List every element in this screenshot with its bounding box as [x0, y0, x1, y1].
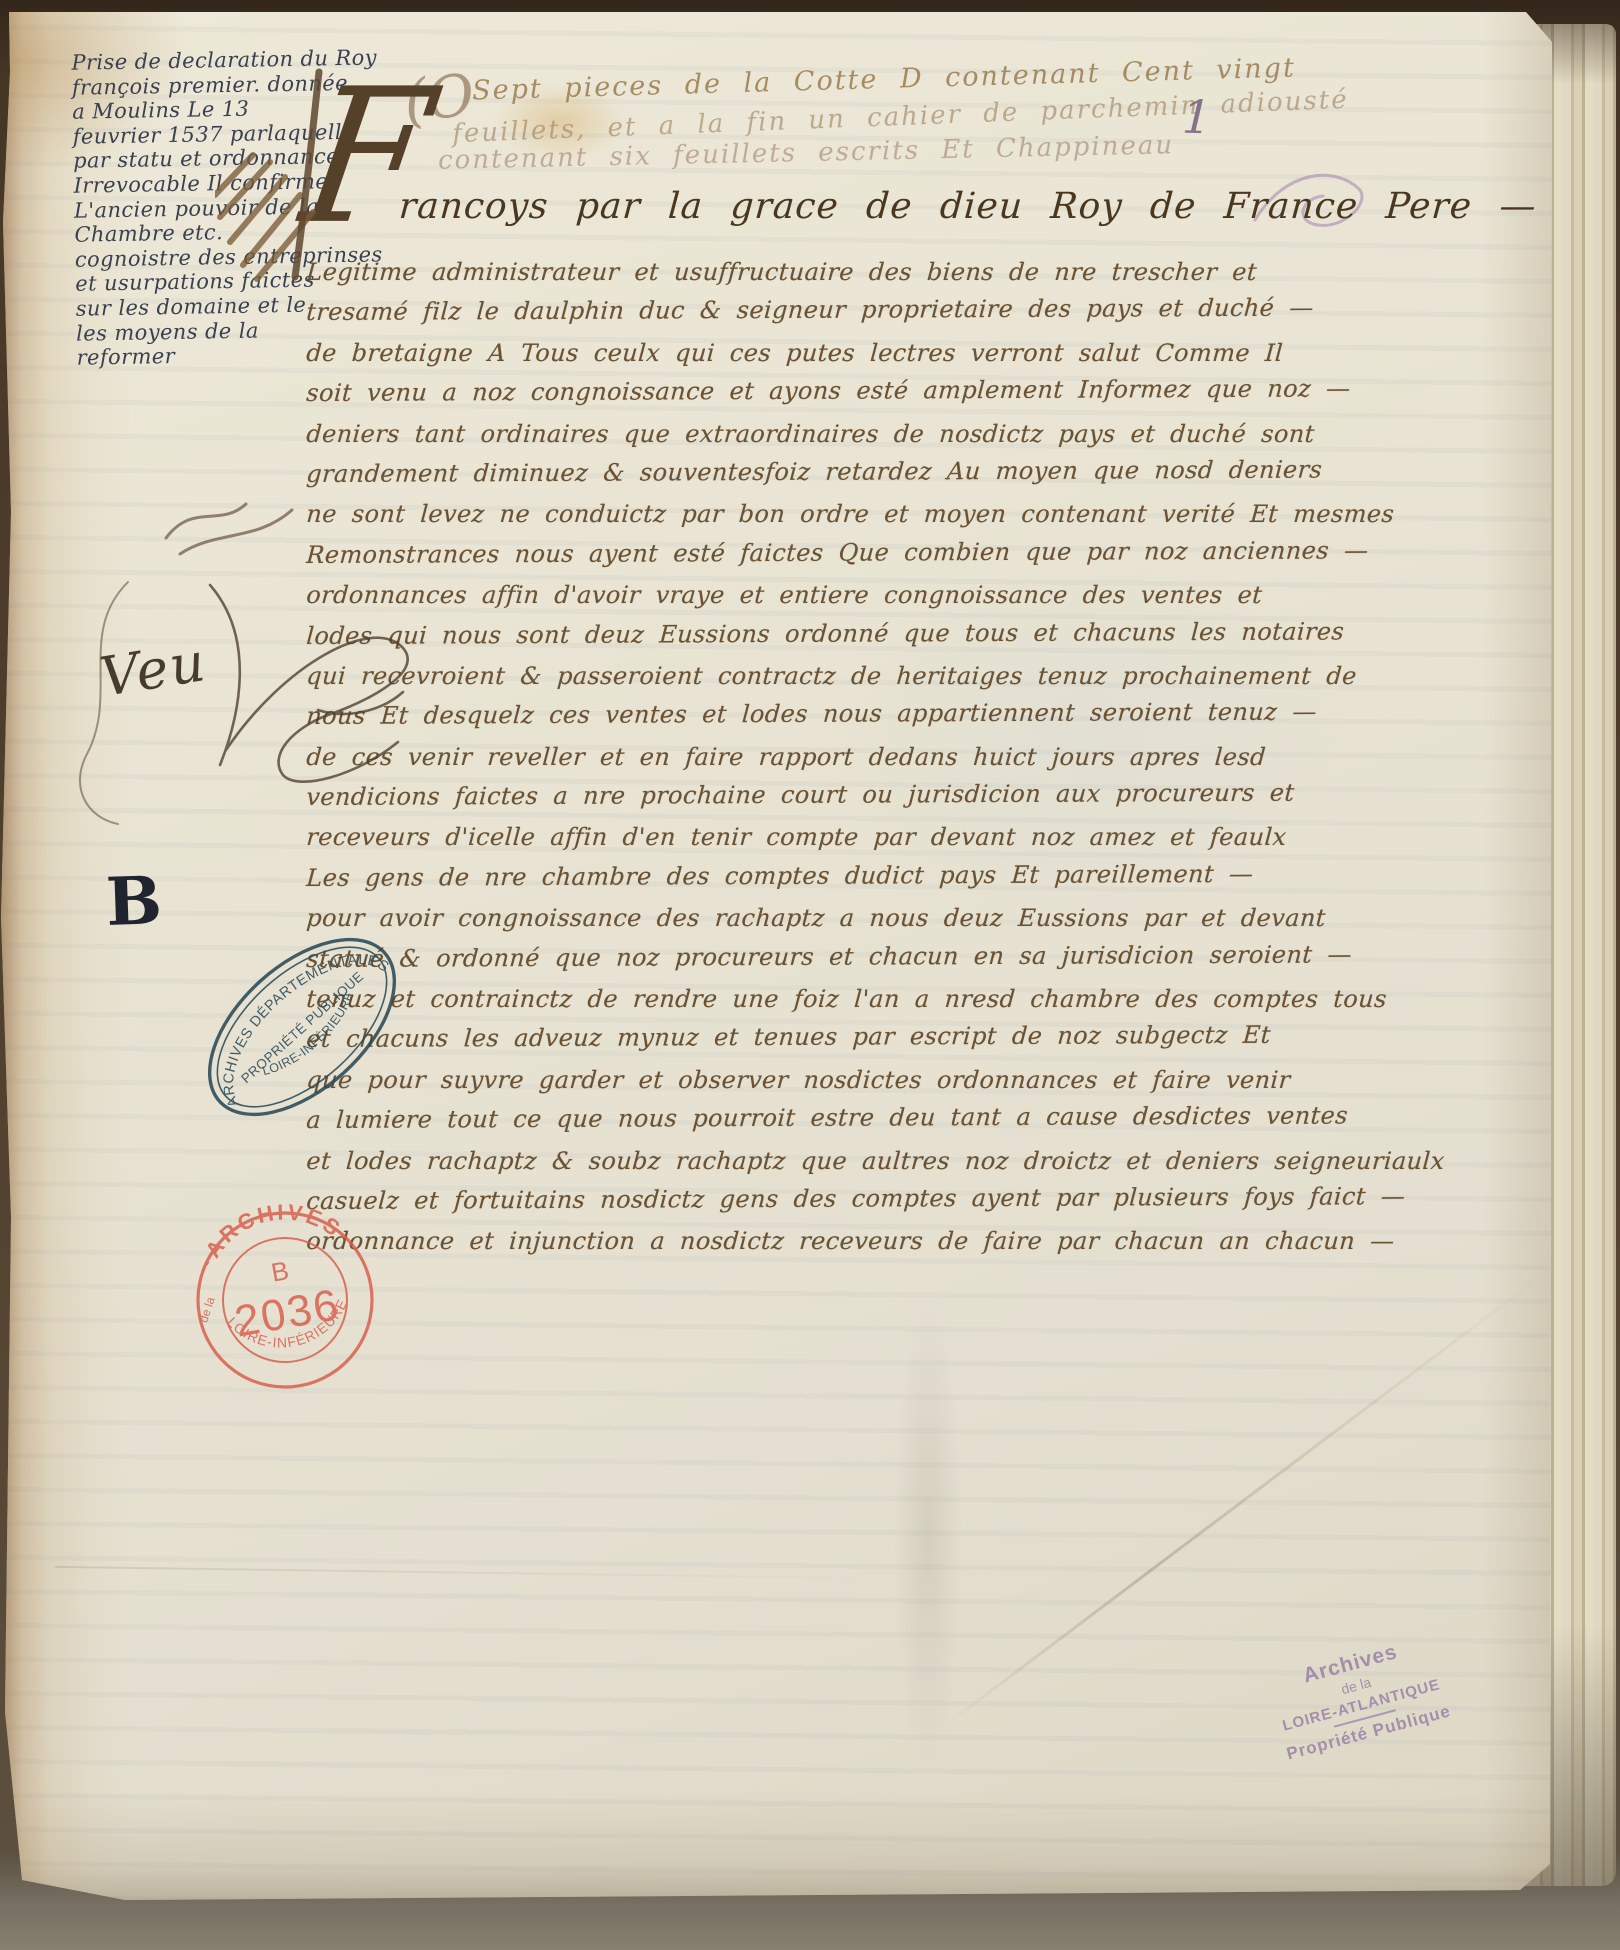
charter-line: ne sont levez ne conduictz par bon ordre… [305, 500, 1320, 540]
round-stamp-cote-number: 2036 [231, 1280, 344, 1347]
charter-line: lodes qui nous sont deuz Eussions ordonn… [305, 617, 1320, 662]
charter-line: a lumiere tout ce que nous pourroit estr… [305, 1102, 1320, 1147]
charter-line: casuelz et fortuitains nosdictz gens des… [305, 1183, 1320, 1228]
charter-line: que pour suyvre garder et observer nosdi… [305, 1066, 1320, 1106]
charter-line: statué & ordonné que noz procureurs et c… [305, 940, 1320, 985]
charter-line: qui recevroient & passeroient contractz … [305, 662, 1320, 702]
charter-line: vendicions faictes a nre prochaine court… [305, 779, 1320, 824]
charter-line: Remonstrances nous ayent esté faictes Qu… [305, 536, 1320, 581]
archives-round-stamp: ·ARCHIVES· LOIRE-INFÉRIEURE de la B 2036 [174, 1187, 395, 1413]
charter-line: tresamé filz le daulphin duc & seigneur … [305, 294, 1320, 339]
manuscript-photo: { "page_number": "1", "header_note": { "… [0, 0, 1620, 1950]
charter-first-line: rancoys par la grace de dieu Roy de Fran… [303, 186, 1320, 258]
charter-line: soit venu a noz congnoissance et ayons e… [305, 375, 1320, 420]
parchment-page: (O Sept pieces de la Cotte D contenant C… [0, 12, 1552, 1910]
folio-number: 1 [1181, 90, 1212, 145]
charter-line: Les gens de nre chambre des comptes dudi… [305, 859, 1320, 904]
round-stamp-series-letter: B [269, 1255, 291, 1288]
veu-annotation: Veu [96, 630, 211, 709]
charter-line: ordonnance et injunction a nosdictz rece… [305, 1227, 1320, 1267]
charter-text: rancoys par la grace de dieu Roy de Fran… [306, 186, 1318, 1268]
faint-property-stamp: Archives de la LOIRE-ATLANTIQUE Propriét… [1251, 1627, 1486, 1833]
charter-line: deniers tant ordinaires que extraordinai… [305, 420, 1320, 460]
charter-line: et lodes rachaptz & soubz rachaptz que a… [305, 1147, 1320, 1187]
charter-line: grandement diminuez & souventesfoiz reta… [305, 456, 1320, 501]
charter-line: nous Et desquelz ces ventes et lodes nou… [305, 698, 1320, 743]
charter-line: receveurs d'icelle affin d'en tenir comp… [305, 823, 1320, 863]
charter-line: pour avoir congnoissance des rachaptz a … [305, 904, 1320, 944]
charter-line: de bretaigne A Tous ceulx qui ces putes … [305, 339, 1320, 379]
charter-line: de ces venir reveller et en faire rappor… [305, 743, 1320, 783]
charter-line: Legitime administrateur et usuffructuair… [305, 258, 1320, 298]
crease-line [55, 1566, 935, 1580]
charter-line: tenuz et contrainctz de rendre une foiz … [305, 985, 1320, 1025]
series-letter-mark: B [105, 861, 163, 941]
paraph-squiggle [158, 480, 318, 575]
charter-line: ordonnances affin d'avoir vraye et entie… [305, 581, 1320, 621]
crease-line [944, 1267, 1553, 1727]
charter-line: et chacuns les adveuz mynuz et tenues pa… [305, 1021, 1320, 1066]
